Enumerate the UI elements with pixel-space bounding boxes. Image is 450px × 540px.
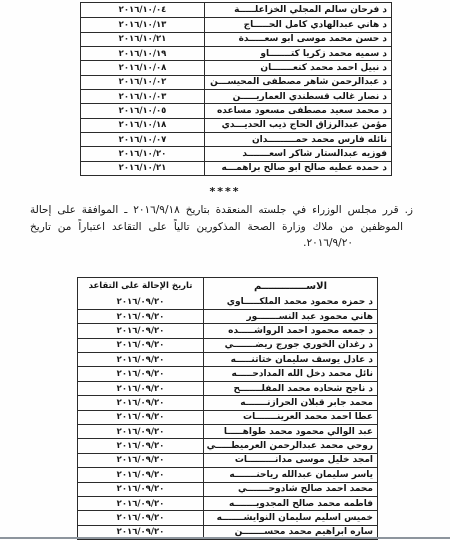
- table-row: د نصار غالب قسطندي العماريـــــن ٢٠١٦/١٠…: [81, 89, 391, 103]
- cabinet-decision-paragraph: ز. قرر مجلس الوزراء في جلسته المنعقدة بت…: [30, 202, 413, 252]
- paragraph-line-1: ز. قرر مجلس الوزراء في جلسته المنعقدة بت…: [30, 202, 413, 219]
- retirement-date-cell: ٢٠١٦/٠٩/٢٠: [78, 425, 203, 438]
- retirement-table-september: الاســـــــــــــم تاريخ الإحالة على الت…: [77, 277, 378, 540]
- retirement-date-cell: ٢٠١٦/١٠/٠٤: [81, 3, 204, 17]
- retirement-date-cell: ٢٠١٦/١٠/١٣: [81, 18, 204, 31]
- table-row: مؤمن عبدالرزاق الحاج ذيب الحديـــدي ٢٠١٦…: [81, 118, 391, 132]
- retirement-date-cell: ٢٠١٦/١٠/١٨: [81, 119, 204, 132]
- employee-name-cell: محمد احمد صالح شادوحـــــــي: [203, 483, 377, 496]
- retirement-date-cell: ٢٠١٦/٠٩/٢٠: [78, 367, 203, 380]
- table-row: د جمعه محمود احمد الرواشـــــده ٢٠١٦/٠٩/…: [78, 323, 377, 337]
- employee-name-cell: د حسن محمد موسى ابو سعـــــدة: [204, 33, 391, 46]
- employee-name-cell: امجد خليل موسى مدانـــــــــات: [203, 454, 377, 467]
- employee-name-cell: نائله فارس محمد حمـــــــــدان: [204, 133, 391, 146]
- employee-name-cell: فاطمه محمد صالح المجدويـــــــه: [203, 497, 377, 510]
- employee-name-cell: فوزيه عبدالستار شاكر اسعـــــــد: [204, 147, 391, 160]
- employee-name-cell: د ناجح شحاده محمد المفلـــــــح: [203, 382, 377, 395]
- table-row: د سميه محمد زكريا كتـــــــاو ٢٠١٦/١٠/١٩: [81, 46, 391, 60]
- table-row: د حسن محمد موسى ابو سعـــــدة ٢٠١٦/١٠/٢١: [81, 32, 391, 46]
- retirement-date-cell: ٢٠١٦/١٠/٠٣: [81, 90, 204, 103]
- name-column-header: الاســـــــــــــم: [203, 278, 377, 295]
- table-row: محمد احمد صالح شادوحـــــــي ٢٠١٦/٠٩/٢٠: [78, 482, 377, 496]
- retirement-date-cell: ٢٠١٦/٠٩/٢٠: [78, 483, 203, 496]
- page-bottom-edge: [0, 537, 450, 539]
- table-row: نائله فارس محمد حمـــــــــدان ٢٠١٦/١٠/٠…: [81, 132, 391, 146]
- employee-name-cell: نائل محمد دخل الله المدادحـــــه: [203, 367, 377, 380]
- section-separator-asterisks: ****: [0, 185, 450, 198]
- retirement-date-cell: ٢٠١٦/٠٩/٢٠: [78, 497, 203, 510]
- employee-name-cell: د محمد سعيد مصطفى مسعود مساعده: [204, 104, 391, 117]
- employee-name-cell: روحي محمد عبدالرحمن العرميطـــــي: [203, 439, 377, 452]
- retirement-date-cell: ٢٠١٦/٠٩/٢٠: [78, 468, 203, 481]
- table-header-row: الاســـــــــــــم تاريخ الإحالة على الت…: [78, 278, 377, 295]
- retirement-date-cell: ٢٠١٦/١٠/١٩: [81, 47, 204, 60]
- retirement-date-column-header: تاريخ الإحالة على التقاعد: [78, 278, 203, 295]
- table-row: خميس اسليم سليمان النوايشـــــــه ٢٠١٦/٠…: [78, 510, 377, 524]
- retirement-date-cell: ٢٠١٦/٠٩/٢٠: [78, 396, 203, 409]
- employee-name-cell: ياسر سليمان عبدالله رياحنـــــــه: [203, 468, 377, 481]
- table-row: ياسر سليمان عبدالله رياحنـــــــه ٢٠١٦/٠…: [78, 467, 377, 481]
- table-row: د محمد سعيد مصطفى مسعود مساعده ٢٠١٦/١٠/٠…: [81, 103, 391, 117]
- retirement-date-cell: ٢٠١٦/٠٩/٢٠: [78, 295, 203, 309]
- employee-name-cell: د رغدان الخوري جورج ريضـــــــي: [203, 339, 377, 352]
- gazette-document-page: { "document": { "separator": "****", "te…: [0, 0, 450, 540]
- retirement-date-cell: ٢٠١٦/١٠/٠٨: [81, 61, 204, 74]
- employee-name-cell: عطا احمد محمد العرينـــــــات: [203, 411, 377, 424]
- table-row: د هاني عبدالهادي كامل الحـــــاج ٢٠١٦/١٠…: [81, 17, 391, 31]
- employee-name-cell: د هاني عبدالهادي كامل الحـــــاج: [204, 18, 391, 31]
- employee-name-cell: هاني محمود عبد النســـــــور: [203, 310, 377, 323]
- table-row: فاطمه محمد صالح المجدويـــــــه ٢٠١٦/٠٩/…: [78, 496, 377, 510]
- retirement-table-october: د فرحان سالم المجلي الخزاعلـــــة ٢٠١٦/١…: [80, 2, 392, 176]
- table-row: د فرحان سالم المجلي الخزاعلـــــة ٢٠١٦/١…: [81, 3, 391, 17]
- table-row: د حمده عطيه صالح ابو صالح براهمـــه ٢٠١٦…: [81, 161, 391, 175]
- table-row: هاني محمود عبد النســـــــور ٢٠١٦/٠٩/٢٠: [78, 309, 377, 323]
- retirement-date-cell: ٢٠١٦/٠٩/٢٠: [78, 411, 203, 424]
- table-row: امجد خليل موسى مدانـــــــــات ٢٠١٦/٠٩/٢…: [78, 453, 377, 467]
- employee-name-cell: مؤمن عبدالرزاق الحاج ذيب الحديـــدي: [204, 119, 391, 132]
- retirement-date-cell: ٢٠١٦/٠٩/٢٠: [78, 353, 203, 366]
- table-row: عطا احمد محمد العرينـــــــات ٢٠١٦/٠٩/٢٠: [78, 410, 377, 424]
- retirement-date-cell: ٢٠١٦/١٠/٠٧: [81, 133, 204, 146]
- employee-name-cell: د حمزه محمود محمد الملكـــــاوي: [203, 295, 377, 309]
- employee-name-cell: د سميه محمد زكريا كتـــــــاو: [204, 47, 391, 60]
- table-row: محمد جابر قبلان الحرازنـــــــه ٢٠١٦/٠٩/…: [78, 395, 377, 409]
- employee-name-cell: د عادل يوسف سليمان ختاتنـــــه: [203, 353, 377, 366]
- table-row: روحي محمد عبدالرحمن العرميطـــــي ٢٠١٦/٠…: [78, 438, 377, 452]
- retirement-date-cell: ٢٠١٦/١٠/٠٢: [81, 76, 204, 89]
- retirement-table-october-rows: د فرحان سالم المجلي الخزاعلـــــة ٢٠١٦/١…: [81, 3, 391, 175]
- table-row: د رغدان الخوري جورج ريضـــــــي ٢٠١٦/٠٩/…: [78, 338, 377, 352]
- retirement-date-cell: ٢٠١٦/١٠/٢١: [81, 33, 204, 46]
- employee-name-cell: د جمعه محمود احمد الرواشـــــده: [203, 324, 377, 337]
- retirement-date-cell: ٢٠١٦/١٠/٢١: [81, 162, 204, 175]
- paragraph-effective-date: ٢٠١٦/٩/٢٠.: [30, 235, 413, 252]
- retirement-date-cell: ٢٠١٦/٠٩/٢٠: [78, 382, 203, 395]
- employee-name-cell: عبد الوالي محمود محمد طواهـــــا: [203, 425, 377, 438]
- table-row: فوزيه عبدالستار شاكر اسعـــــــد ٢٠١٦/١٠…: [81, 146, 391, 160]
- table-row: د نبيل احمد محمد كنعـــــــان ٢٠١٦/١٠/٠٨: [81, 60, 391, 74]
- paragraph-line-2: الموظفين من ملاك وزارة الصحة المذكورين ت…: [30, 219, 413, 236]
- employee-name-cell: د حمده عطيه صالح ابو صالح براهمـــه: [204, 162, 391, 175]
- retirement-date-cell: ٢٠١٦/٠٩/٢٠: [78, 339, 203, 352]
- retirement-date-cell: ٢٠١٦/٠٩/٢٠: [78, 324, 203, 337]
- retirement-date-cell: ٢٠١٦/٠٩/٢٠: [78, 511, 203, 524]
- table-row: نائل محمد دخل الله المدادحـــــه ٢٠١٦/٠٩…: [78, 366, 377, 380]
- retirement-date-cell: ٢٠١٦/٠٩/٢٠: [78, 439, 203, 452]
- employee-name-cell: محمد جابر قبلان الحرازنـــــــه: [203, 396, 377, 409]
- retirement-date-cell: ٢٠١٦/١٠/٠٥: [81, 104, 204, 117]
- retirement-table-september-rows: د حمزه محمود محمد الملكـــــاوي ٢٠١٦/٠٩/…: [78, 295, 377, 540]
- retirement-date-cell: ٢٠١٦/٠٩/٢٠: [78, 310, 203, 323]
- table-row: د عادل يوسف سليمان ختاتنـــــه ٢٠١٦/٠٩/٢…: [78, 352, 377, 366]
- retirement-date-cell: ٢٠١٦/١٠/٢٠: [81, 147, 204, 160]
- employee-name-cell: د عبدالرحمن شاهر مصطفى المحيســـن: [204, 76, 391, 89]
- employee-name-cell: د نبيل احمد محمد كنعـــــــان: [204, 61, 391, 74]
- retirement-date-cell: ٢٠١٦/٠٩/٢٠: [78, 454, 203, 467]
- table-row: د حمزه محمود محمد الملكـــــاوي ٢٠١٦/٠٩/…: [78, 295, 377, 309]
- employee-name-cell: د نصار غالب قسطندي العماريـــــن: [204, 90, 391, 103]
- table-row: عبد الوالي محمود محمد طواهـــــا ٢٠١٦/٠٩…: [78, 424, 377, 438]
- employee-name-cell: د فرحان سالم المجلي الخزاعلـــــة: [204, 3, 391, 17]
- table-row: د ناجح شحاده محمد المفلـــــــح ٢٠١٦/٠٩/…: [78, 381, 377, 395]
- employee-name-cell: خميس اسليم سليمان النوايشـــــــه: [203, 511, 377, 524]
- table-row: د عبدالرحمن شاهر مصطفى المحيســـن ٢٠١٦/١…: [81, 75, 391, 89]
